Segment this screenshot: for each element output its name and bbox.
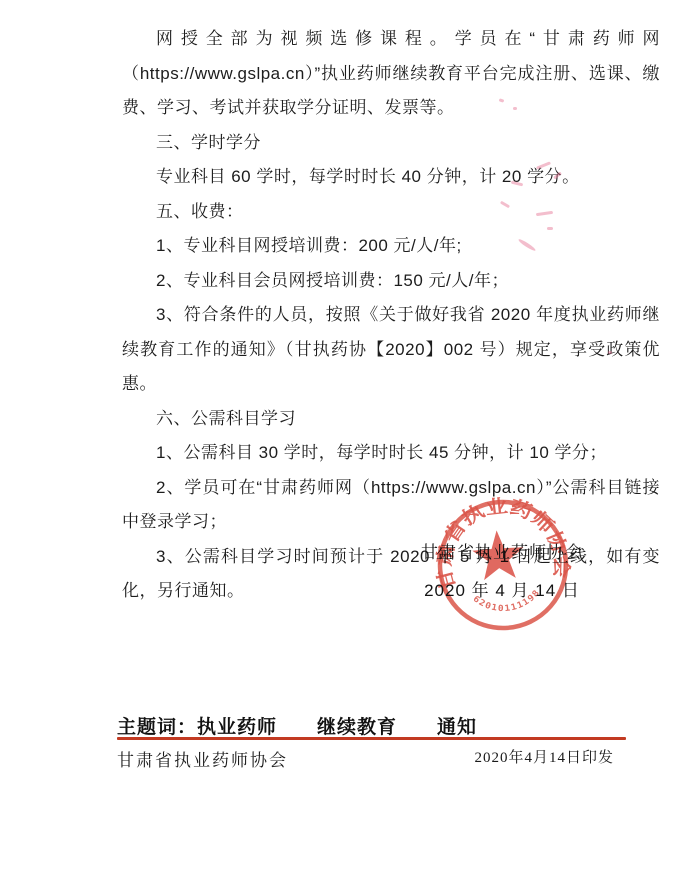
body-paragraph: 2、学员可在“甘肃药师网（https://www.gslpa.cn）”公需科目链… xyxy=(122,471,660,540)
scan-artifact xyxy=(608,351,612,354)
scanned-notice-page: 网授全部为视频选修课程。学员在“甘肃药师网（https://www.gslpa.… xyxy=(0,0,700,879)
body-paragraph: 网授全部为视频选修课程。学员在“甘肃药师网（https://www.gslpa.… xyxy=(122,22,660,126)
footer-row: 甘肃省执业药师协会 2020年4月14日印发 xyxy=(117,746,614,771)
body-paragraph: 专业科目 60 学时，每学时时长 40 分钟，计 20 学分。 xyxy=(122,160,660,195)
body-paragraph: 1、公需科目 30 学时，每学时时长 45 分钟，计 10 学分； xyxy=(122,436,660,471)
scan-artifact xyxy=(513,107,517,110)
section-heading: 三、学时学分 xyxy=(122,126,660,161)
signature-block: 甘肃省执业药师协会 2020 年 4 月 14 日 xyxy=(392,534,612,610)
body-paragraph: 2、专业科目会员网授培训费：150 元/人/年； xyxy=(122,264,660,299)
scan-artifact xyxy=(547,227,553,230)
section-heading: 六、公需科目学习 xyxy=(122,402,660,437)
subject-underline xyxy=(117,737,626,740)
body-paragraph: 1、专业科目网授培训费：200 元/人/年; xyxy=(122,229,660,264)
subject-keywords-line: 主题词：执业药师 继续教育 通知 xyxy=(117,712,657,739)
footer-print-date: 2020年4月14日印发 xyxy=(474,746,614,767)
body-paragraph: 3、符合条件的人员，按照《关于做好我省 2020 年度执业药师继续教育工作的通知… xyxy=(122,298,660,402)
footer-issuer: 甘肃省执业药师协会 xyxy=(117,746,288,771)
signature-date: 2020 年 4 月 14 日 xyxy=(392,572,612,610)
document-body: 网授全部为视频选修课程。学员在“甘肃药师网（https://www.gslpa.… xyxy=(122,22,660,609)
section-heading: 五、收费： xyxy=(122,195,660,230)
signature-org: 甘肃省执业药师协会 xyxy=(392,534,612,572)
